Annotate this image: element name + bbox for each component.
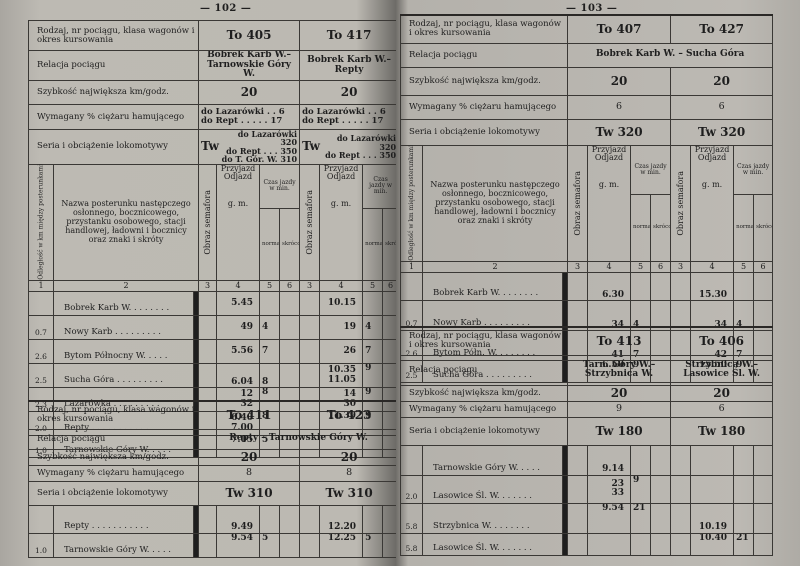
label-speed: Szybkość największa km/godz. [401, 67, 568, 95]
brake-value: do Lazarówki . . 6 do Rept . . . . . 17 [300, 105, 399, 130]
time [691, 475, 734, 503]
runtime [734, 503, 754, 533]
label-relation: Relacja pociągu [29, 51, 199, 81]
distance: 2.6 [29, 340, 54, 364]
brake-value: do Lazarówki . . 6 do Rept . . . . . 17 [199, 105, 300, 130]
station-name: Bytom Północny W. . . . . [54, 340, 194, 364]
runtime: 4 [260, 316, 280, 340]
train-relation: Strzybnica W.– Lasowice Śl. W. [671, 355, 773, 385]
col-header-signal: Obraz semafora [671, 145, 691, 262]
col-header-runtime: Czas jazdy w min. [631, 145, 671, 194]
runtime [260, 505, 280, 533]
runtime [363, 292, 383, 316]
train-number: To 413 [568, 327, 671, 355]
col-number: 3 [199, 281, 217, 292]
col-number: 3 [568, 262, 588, 273]
col-header-short: skrócony [651, 194, 671, 261]
loco-load: do Rept . . . 350 [320, 151, 396, 159]
time: 2333 [588, 475, 631, 503]
speed-value: 20 [671, 385, 773, 401]
table-row: Tarnowskie Góry W. . . . . 9.14 [401, 445, 773, 475]
timetable-block-2: Rodzaj, nr pociągu, klasa wagonów i okre… [28, 400, 399, 558]
loco-series: Tw [201, 140, 219, 153]
col-header-runtime: Czas jazdy w min. [734, 145, 773, 194]
loco-value: Tw 180 [568, 417, 671, 445]
col-number: 4 [320, 281, 363, 292]
label-speed: Szybkość największa km/godz. [29, 81, 199, 105]
speed-value: 20 [300, 449, 399, 465]
station-name: Nowy Karb . . . . . . . . . [54, 316, 194, 340]
loco-load: do T. Gór. W. 310 [219, 155, 297, 163]
train-number: To 411 [199, 401, 300, 429]
loco-load: do Lazarówki 320 [219, 130, 297, 147]
departure: 33 [590, 489, 624, 498]
brake-value: 8 [300, 465, 399, 481]
brake-value: 8 [199, 465, 300, 481]
col-header-runtime: Czas jazdy w min. [363, 164, 399, 209]
col-number: 4 [691, 262, 734, 273]
label-loco: Seria i obciążenie lokomotywy [29, 481, 199, 505]
page-number: — 103 — [566, 3, 617, 14]
col-header-short: skrócony [754, 194, 773, 261]
train-number: To 417 [300, 21, 399, 51]
gm-label: g. m. [322, 200, 360, 209]
table-row: Repty . . . . . . . . . . . 9.49 12.20 [29, 505, 399, 533]
train-number: To 427 [671, 15, 773, 43]
arrdep-label: Przyjazd Odjazd [590, 146, 628, 164]
station-name: Lasowice Śl. W. . . . . . . [423, 533, 563, 555]
arrdep-label: Przyjazd Odjazd [322, 165, 360, 183]
table-row: 5.8 Lasowice Śl. W. . . . . . . 10.40 21 [401, 533, 773, 555]
loco-value: Tw 320 [671, 119, 773, 145]
time: 19 [320, 316, 363, 340]
time: 10.19 [691, 503, 734, 533]
arrdep-label: Przyjazd Odjazd [219, 165, 257, 183]
time: 26 [320, 340, 363, 364]
speed-value: 20 [671, 67, 773, 95]
label-brake: Wymagany % ciężaru hamującego [29, 465, 199, 481]
speed-value: 20 [300, 81, 399, 105]
train-relation: Repty – Tarnowskie Góry W. [199, 429, 399, 449]
col-header-station: Nazwa posterunku następczego osłonnego, … [54, 164, 199, 281]
train-number: To 406 [671, 327, 773, 355]
col-header-arrdep: Przyjazd Odjazd g. m. [588, 145, 631, 262]
brake-value: 6 [671, 95, 773, 119]
train-relation: Bobrek Karb W. – Sucha Góra [568, 43, 773, 67]
train-number: To 423 [300, 401, 399, 429]
col-number: 5 [260, 281, 280, 292]
loco-series: Tw [302, 140, 320, 153]
page-number: — 102 — [200, 3, 251, 14]
train-relation: Tarn. Góry W.– Strzybnica W. [568, 355, 671, 385]
col-number: 3 [671, 262, 691, 273]
loco-value: Tw 310 [300, 481, 399, 505]
table-row: Bobrek Karb W. . . . . . . . 6.30 15.30 [401, 273, 773, 301]
col-header-arrdep: Przyjazd Odjazd g. m. [320, 164, 363, 281]
col-number: 2 [54, 281, 199, 292]
time: 9.14 [588, 445, 631, 475]
runtime [363, 505, 383, 533]
distance: 1.0 [29, 533, 54, 557]
table-row: 5.8 Strzybnica W. . . . . . . . 9.54 21 … [401, 503, 773, 533]
loco-load: do Lazarówki 320 [320, 134, 396, 151]
station-name: Tarnowskie Góry W. . . . . [423, 445, 563, 475]
distance: 2.0 [401, 475, 423, 503]
col-header-runtime: Czas jazdy w min. [260, 164, 300, 209]
table-row: 2.6 Bytom Północny W. . . . . 5.56 7 26 … [29, 340, 399, 364]
runtime: 9 [363, 364, 383, 388]
station-name: Sucha Góra . . . . . . . . . [54, 364, 194, 388]
brake-value: 6 [671, 401, 773, 417]
col-number: 3 [300, 281, 320, 292]
page-103: — 103 — Rodzaj, nr pociągu, klasa wagonó… [396, 0, 800, 566]
station-name: Bobrek Karb W. . . . . . . . [54, 292, 194, 316]
col-header-normal: normalny [631, 194, 651, 261]
label-brake: Wymagany % ciężaru hamującego [29, 105, 199, 130]
gm-label: g. m. [219, 200, 257, 209]
label-train: Rodzaj, nr pociągu, klasa wagonów i okre… [29, 401, 199, 429]
time: 9.54 [217, 533, 260, 557]
brake-value: 9 [568, 401, 671, 417]
loco-value: Tw 320 [568, 119, 671, 145]
col-number: 5 [734, 262, 754, 273]
col-number: 6 [651, 262, 671, 273]
runtime: 5 [260, 533, 280, 557]
runtime [631, 533, 651, 555]
station-name: Bobrek Karb W. . . . . . . . [423, 273, 563, 301]
label-relation: Relacja pociągu [401, 43, 568, 67]
label-relation: Relacja pociągu [401, 355, 568, 385]
distance [29, 292, 54, 316]
loco-value: Tw do Lazarówki 320 do Rept . . . 350 do… [199, 130, 300, 165]
time: 9.49 [217, 505, 260, 533]
time: 9.54 [588, 503, 631, 533]
runtime [631, 445, 651, 475]
loco-value: Tw 310 [199, 481, 300, 505]
col-header-arrdep: Przyjazd Odjazd g. m. [691, 145, 734, 262]
label-loco: Seria i obciążenie lokomotywy [401, 119, 568, 145]
station-name: Lasowice Śl. W. . . . . . . [423, 475, 563, 503]
col-number: 2 [423, 262, 568, 273]
time: 12.25 [320, 533, 363, 557]
distance [29, 505, 54, 533]
table-row: 2.5 Sucha Góra . . . . . . . . . 6.04 8 … [29, 364, 399, 388]
time: 10.40 [691, 533, 734, 555]
station-name: Strzybnica W. . . . . . . . [423, 503, 563, 533]
runtime: 7 [260, 340, 280, 364]
brake-value: 6 [568, 95, 671, 119]
departure: 11.05 [322, 376, 356, 385]
col-header-distance: Odległość w km między posterunkami [401, 145, 423, 262]
loco-value: Tw do Lazarówki 320 do Rept . . . 350 [300, 130, 399, 165]
runtime [734, 273, 754, 301]
col-number: 6 [280, 281, 300, 292]
runtime [631, 273, 651, 301]
distance: 0.7 [29, 316, 54, 340]
runtime: 7 [363, 340, 383, 364]
time [588, 533, 631, 555]
col-number: 1 [29, 281, 54, 292]
distance [401, 445, 423, 475]
station-name: Repty . . . . . . . . . . . [54, 505, 194, 533]
brake-line: do Rept . . . . . 17 [302, 117, 396, 126]
train-number: To 405 [199, 21, 300, 51]
label-speed: Szybkość największa km/godz. [29, 449, 199, 465]
loco-value: Tw 180 [671, 417, 773, 445]
label-loco: Seria i obciążenie lokomotywy [29, 130, 199, 165]
col-number: 4 [588, 262, 631, 273]
runtime: 5 [363, 533, 383, 557]
time: 10.15 [320, 292, 363, 316]
col-header-station: Nazwa posterunku następczego osłonnego, … [423, 145, 568, 262]
gm-label: g. m. [590, 181, 628, 190]
distance: 2.5 [29, 364, 54, 388]
col-header-normal: normalny [734, 194, 754, 261]
time: 15.30 [691, 273, 734, 301]
distance: 5.8 [401, 533, 423, 555]
speed-value: 20 [199, 449, 300, 465]
page-102: — 102 — Rodzaj, nr pociągu, klasa wagonó… [0, 0, 396, 566]
train-relation: Bobrek Karb W.– Tarnowskie Góry W. [199, 51, 300, 81]
time [691, 445, 734, 475]
label-train: Rodzaj, nr pociągu, klasa wagonów i okre… [29, 21, 199, 51]
col-header-arrdep: Przyjazd Odjazd g. m. [217, 164, 260, 281]
label-brake: Wymagany % ciężaru hamującego [401, 401, 568, 417]
table-row: Bobrek Karb W. . . . . . . . 5.45 10.15 [29, 292, 399, 316]
col-number: 1 [401, 262, 423, 273]
runtime [734, 475, 754, 503]
train-number: To 407 [568, 15, 671, 43]
time: 49 [217, 316, 260, 340]
runtime: 21 [734, 533, 754, 555]
time: 5.56 [217, 340, 260, 364]
col-header-signal: Obraz semafora [300, 164, 320, 281]
runtime: 8 [260, 364, 280, 388]
runtime [734, 445, 754, 475]
speed-value: 20 [199, 81, 300, 105]
label-brake: Wymagany % ciężaru hamującego [401, 95, 568, 119]
col-header-signal: Obraz semafora [568, 145, 588, 262]
gm-label: g. m. [693, 181, 731, 190]
label-train: Rodzaj, nr pociągu, klasa wagonów i okre… [401, 327, 568, 355]
table-row: 1.0 Tarnowskie Góry W. . . . . 9.54 5 12… [29, 533, 399, 557]
time: 6.30 [588, 273, 631, 301]
runtime: 21 [631, 503, 651, 533]
col-number: 5 [631, 262, 651, 273]
label-train: Rodzaj, nr pociągu, klasa wagonów i okre… [401, 15, 568, 43]
table-row: 2.0 Lasowice Śl. W. . . . . . . 2333 9 [401, 475, 773, 503]
col-number: 5 [363, 281, 383, 292]
arrdep-label: Przyjazd Odjazd [693, 146, 731, 164]
table-row: 0.7 Nowy Karb . . . . . . . . . 49 4 19 … [29, 316, 399, 340]
station-name: Tarnowskie Góry W. . . . . [54, 533, 194, 557]
distance: 5.8 [401, 503, 423, 533]
col-header-signal: Obraz semafora [199, 164, 217, 281]
col-header-distance: Odległość w km między posterunkami [29, 164, 54, 281]
brake-line: do Rept . . . . . 17 [201, 117, 297, 126]
time: 5.45 [217, 292, 260, 316]
col-header-normal: normalny [363, 209, 383, 281]
time: 12.20 [320, 505, 363, 533]
timetable-block-2: Rodzaj, nr pociągu, klasa wagonów i okre… [400, 326, 773, 556]
speed-value: 20 [568, 385, 671, 401]
time: 6.04 [217, 364, 260, 388]
col-header-short: skrócony [280, 209, 300, 281]
runtime: 4 [363, 316, 383, 340]
label-loco: Seria i obciążenie lokomotywy [401, 417, 568, 445]
train-relation: Bobrek Karb W.– Repty [300, 51, 399, 81]
col-number: 6 [754, 262, 773, 273]
runtime: 9 [631, 475, 651, 503]
col-header-normal: normalny [260, 209, 280, 281]
speed-value: 20 [568, 67, 671, 95]
label-speed: Szybkość największa km/godz. [401, 385, 568, 401]
runtime [260, 292, 280, 316]
col-number: 4 [217, 281, 260, 292]
timetable-block-1: Rodzaj, nr pociągu, klasa wagonów i okre… [28, 20, 399, 458]
label-relation: Relacja pociągu [29, 429, 199, 449]
time: 10.3511.05 [320, 364, 363, 388]
distance [401, 273, 423, 301]
